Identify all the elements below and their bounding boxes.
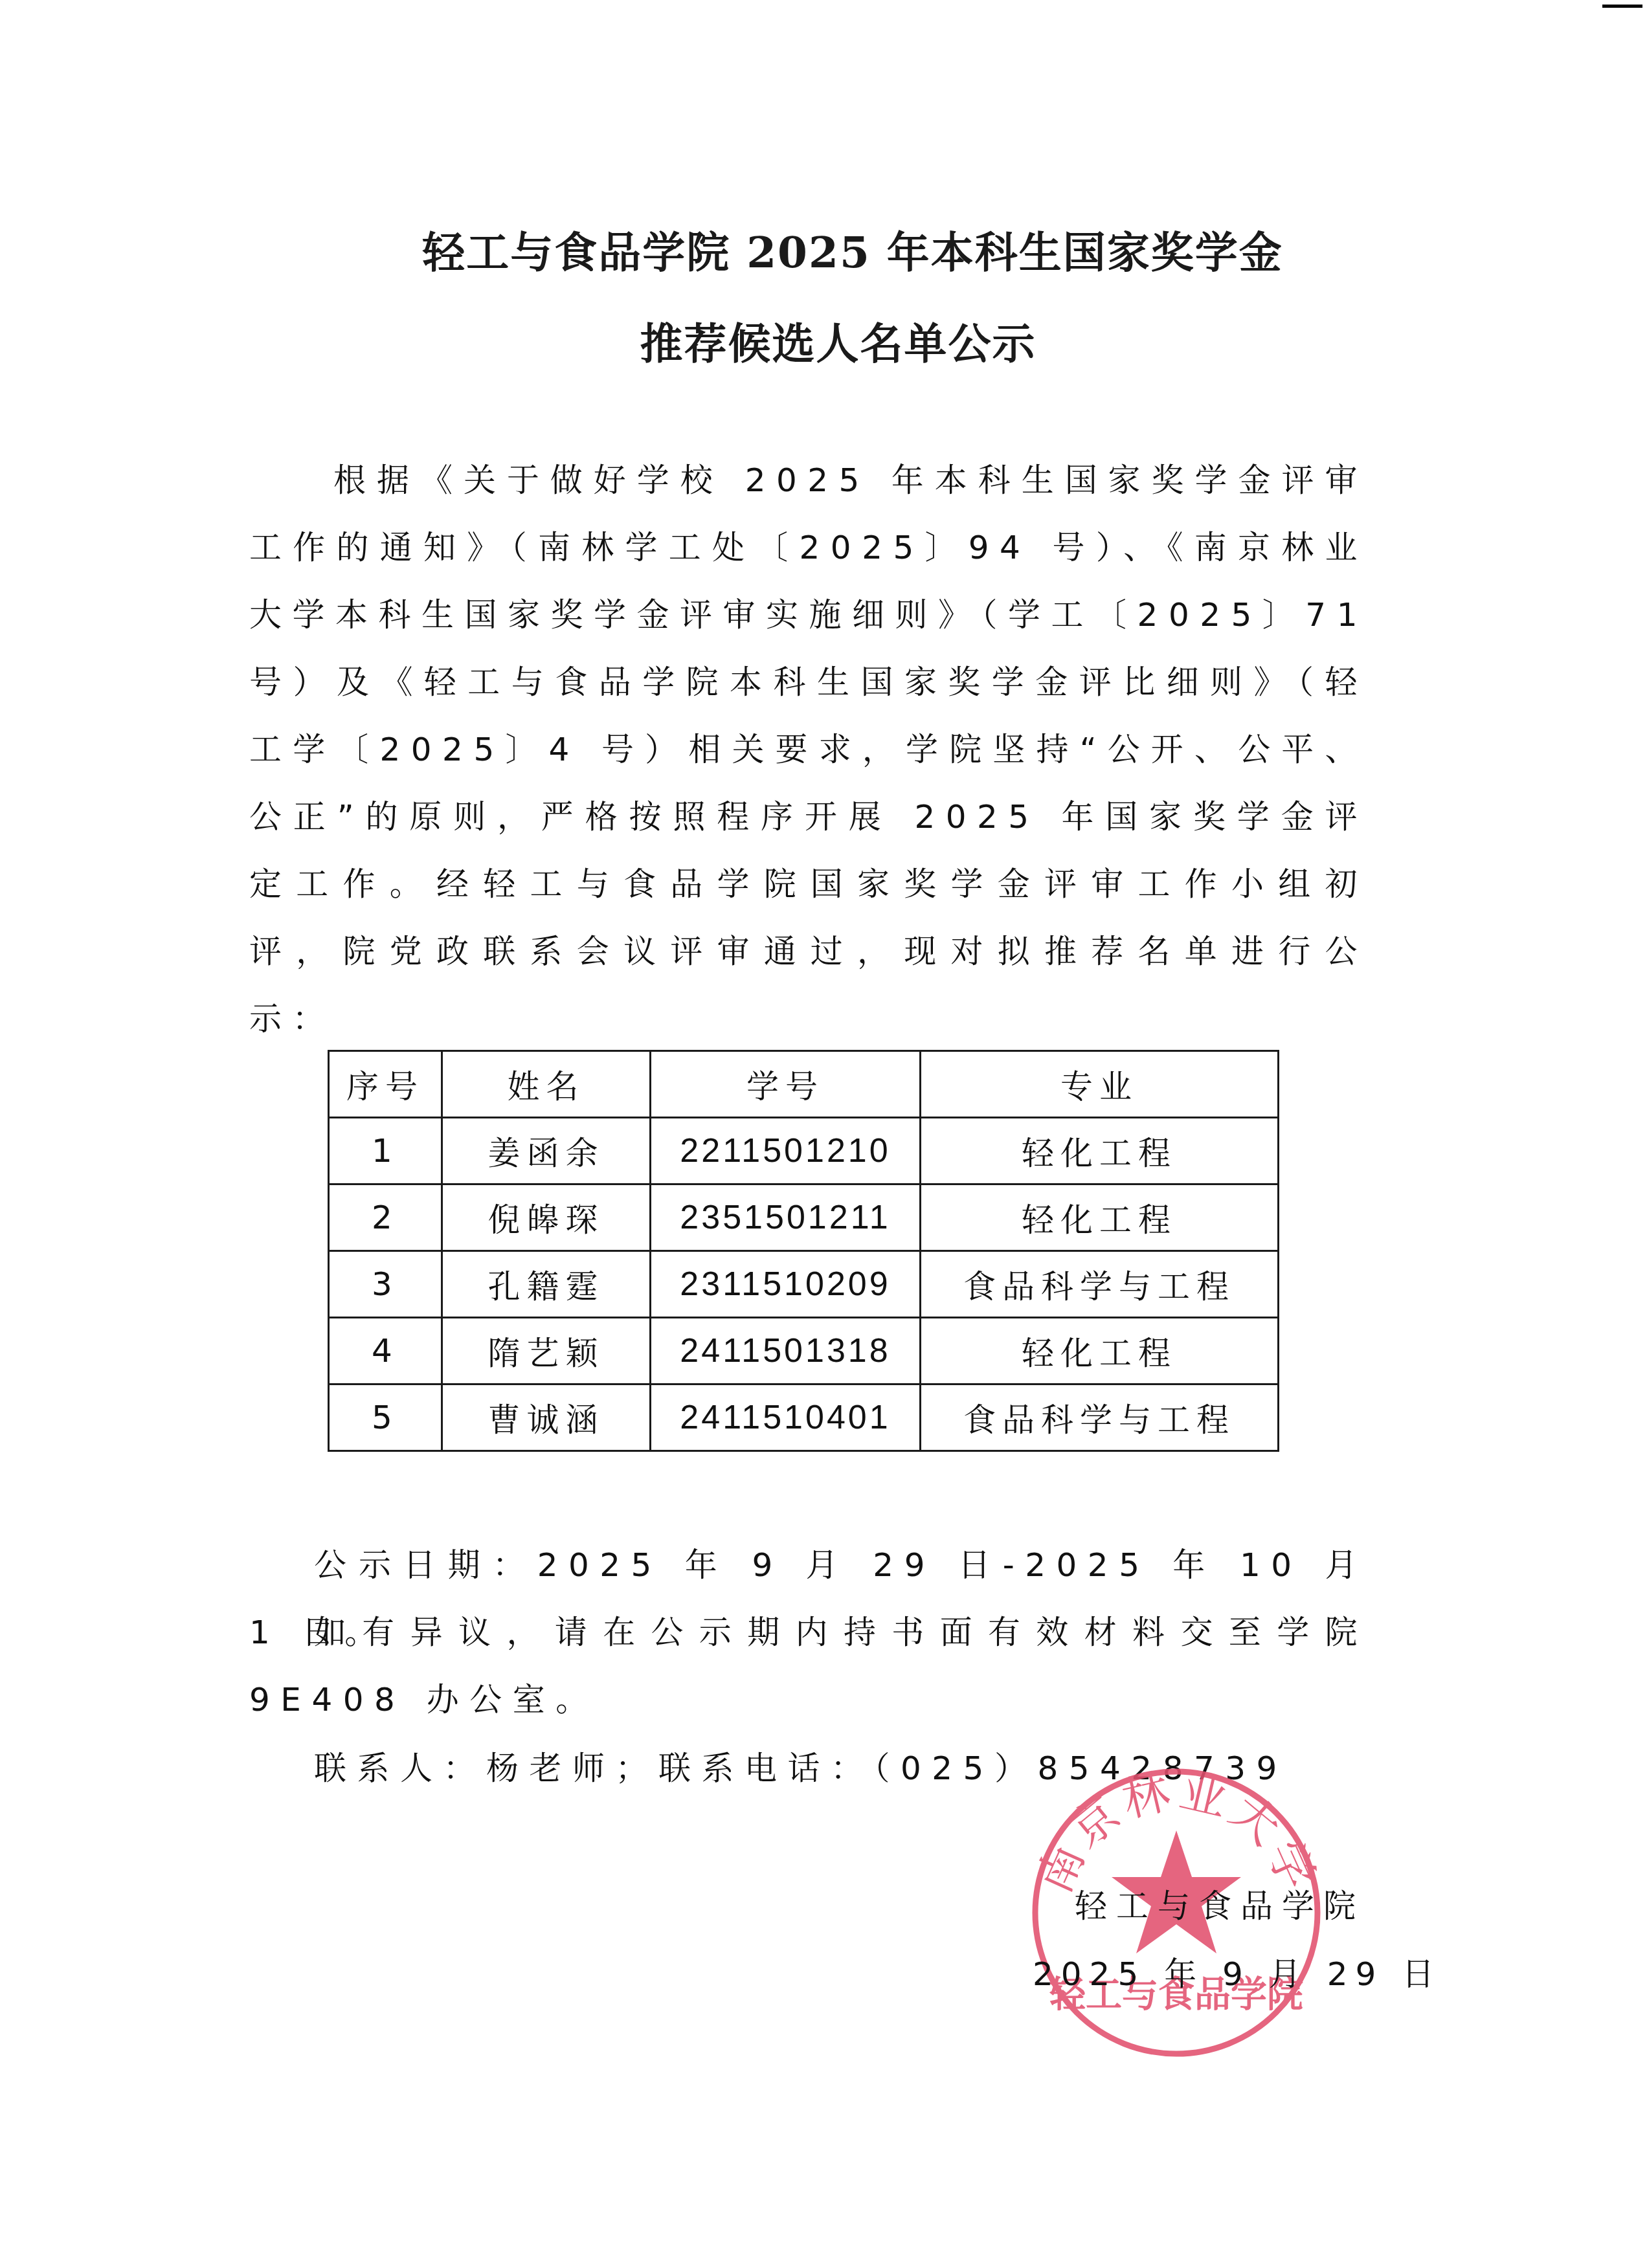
cell-major: 轻化工程 [921,1184,1279,1251]
cell-major: 食品科学与工程 [921,1251,1279,1318]
cell-name: 孔籍霆 [442,1251,651,1318]
cell-index: 5 [329,1384,442,1451]
cell-major: 轻化工程 [921,1318,1279,1384]
header-index: 序号 [329,1051,442,1118]
cell-name: 倪皞琛 [442,1184,651,1251]
cell-major: 食品科学与工程 [921,1384,1279,1451]
intro-paragraph: 根据《关于做好学校 2025 年本科生国家奖学金评审工作的通知》（南林学工处〔2… [249,447,1368,1052]
table-row: 4 隋艺颖 2411501318 轻化工程 [329,1318,1279,1384]
signature-organization: 轻工与食品学院 [1075,1880,1365,1927]
signature-date: 2025 年 9 月 29 日 [1033,1948,1442,1995]
header-name: 姓名 [442,1051,651,1118]
cell-student-id: 2311510209 [651,1251,921,1318]
cell-index: 4 [329,1318,442,1384]
cell-student-id: 2411510401 [651,1384,921,1451]
cell-major: 轻化工程 [921,1118,1279,1184]
cell-index: 2 [329,1184,442,1251]
document-title-line-2: 推荐候选人名单公示 [0,309,1647,371]
cell-name: 隋艺颖 [442,1318,651,1384]
table-row: 3 孔籍霆 2311510209 食品科学与工程 [329,1251,1279,1318]
cell-name: 姜函余 [442,1118,651,1184]
table-row: 2 倪皞琛 2351501211 轻化工程 [329,1184,1279,1251]
table-row: 1 姜函余 2211501210 轻化工程 [329,1118,1279,1184]
scan-corner-mark [1602,5,1642,8]
cell-student-id: 2351501211 [651,1184,921,1251]
cell-student-id: 2411501318 [651,1318,921,1384]
table-row: 5 曹诚涵 2411510401 食品科学与工程 [329,1384,1279,1451]
cell-index: 1 [329,1118,442,1184]
objection-note: 如有异议，请在公示期内持书面有效材料交至学院 9E408 办公室。 [249,1599,1368,1733]
table-header-row: 序号 姓名 学号 专业 [329,1051,1279,1118]
cell-student-id: 2211501210 [651,1118,921,1184]
header-student-id: 学号 [651,1051,921,1118]
document-title-line-1: 轻工与食品学院 2025 年本科生国家奖学金 [0,218,1647,280]
header-major: 专业 [921,1051,1279,1118]
candidate-table: 序号 姓名 学号 专业 1 姜函余 2211501210 轻化工程 2 倪皞琛 … [328,1050,1279,1452]
cell-name: 曹诚涵 [442,1384,651,1451]
cell-index: 3 [329,1251,442,1318]
